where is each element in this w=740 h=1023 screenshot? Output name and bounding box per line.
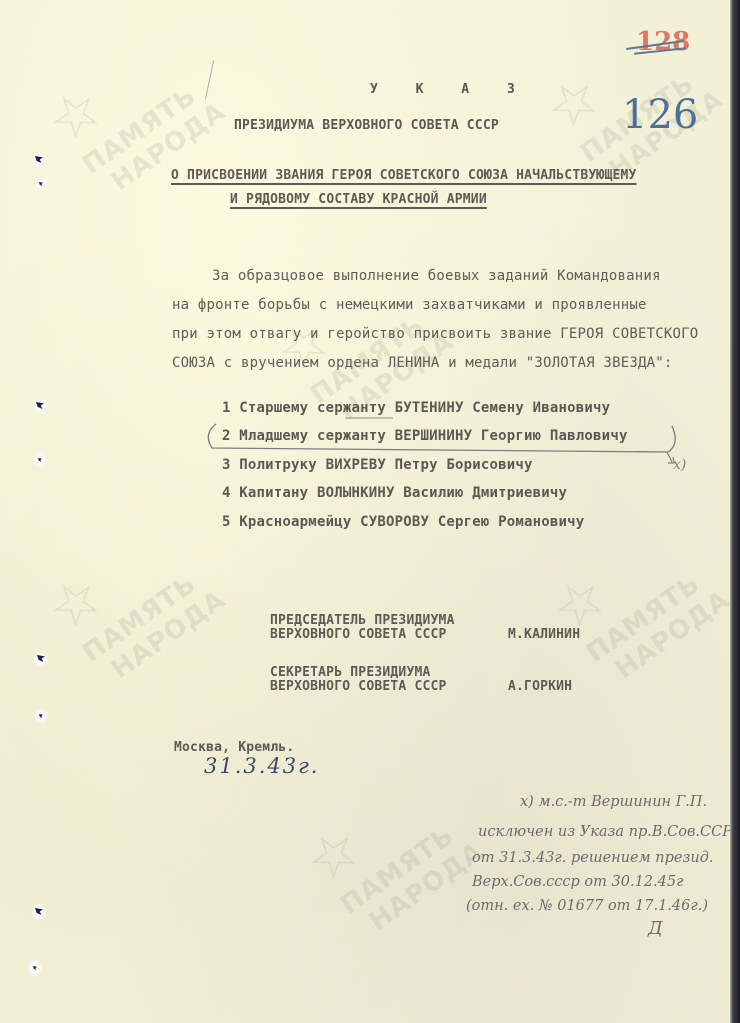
- footnote-line: х) м.с.-т Вершинин Г.П.: [520, 794, 707, 810]
- footnote-line: (отн. ex. № 01677 от 17.1.46г.): [466, 898, 708, 914]
- footnote-line: Верх.Сов.ссср от 30.12.45г: [472, 874, 683, 890]
- pencil-bracket-mark: [0, 0, 740, 1023]
- document-page: ☆ ПАМЯТЬ НАРОДА ☆ ПАМЯТЬ НАРОДА ☆ ПАМЯТЬ…: [0, 0, 730, 1023]
- signatory-name: А.ГОРКИН: [508, 680, 572, 694]
- item-marker: x): [673, 457, 686, 473]
- signature-title: ПРЕДСЕДАТЕЛЬ ПРЕЗИДИУМА ВЕРХОВНОГО СОВЕТ…: [270, 614, 455, 642]
- scan-edge: [730, 0, 740, 1023]
- signatory-name: М.КАЛИНИН: [508, 628, 580, 642]
- footnote-initial: Д: [648, 918, 663, 939]
- footnote-line: исключен из Указа пр.В.Сов.ССР: [478, 824, 732, 840]
- handwritten-date: 31.3.43г.: [204, 754, 319, 778]
- signature-title: СЕКРЕТАРЬ ПРЕЗИДИУМА ВЕРХОВНОГО СОВЕТА С…: [270, 666, 447, 694]
- footnote-line: от 31.3.43г. решением презид.: [472, 850, 714, 866]
- place: Москва, Кремль.: [174, 740, 294, 755]
